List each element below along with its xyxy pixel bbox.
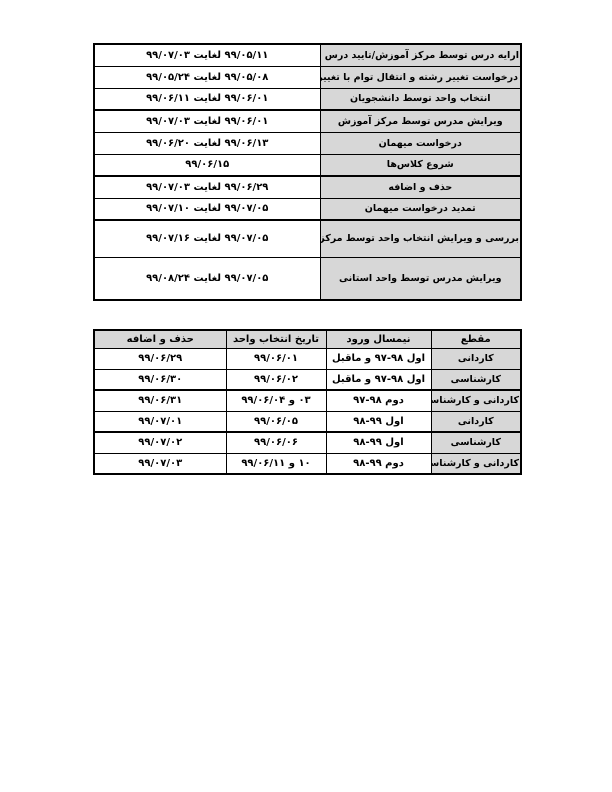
table-row: درخواست میهمان ۹۹/۰۶/۱۳ لغایت ۹۹/۰۶/۲۰: [94, 132, 521, 154]
add-drop-date-cell: ۹۹/۰۶/۳۱: [94, 390, 226, 411]
activity-label-cell: ارایه درس توسط مرکز آموزش/تایید درس توسط…: [320, 44, 521, 66]
date-range-cell: ۹۹/۰۷/۰۵ لغایت ۹۹/۰۸/۲۴: [94, 257, 320, 300]
header-degree-level: مقطع: [431, 330, 521, 348]
degree-level-cell: کارشناسی: [431, 432, 521, 453]
table-row: کارشناسی اول ۹۹-۹۸ ۹۹/۰۶/۰۶ ۹۹/۰۷/۰۲: [94, 432, 521, 453]
degree-level-cell: کاردانی: [431, 411, 521, 432]
table-row: بررسی و ویرایش انتخاب واحد توسط مرکز آمو…: [94, 220, 521, 257]
table-row: کاردانی و کارشناسی دوم ۹۹-۹۸ ۱۰ و ۹۹/۰۶/…: [94, 453, 521, 474]
activity-label-cell: انتخاب واحد توسط دانشجویان: [320, 88, 521, 110]
selection-date-cell: ۹۹/۰۶/۰۲: [226, 369, 326, 390]
degree-level-cell: کارشناسی: [431, 369, 521, 390]
table-row: ویرایش مدرس توسط واحد استانی ۹۹/۰۷/۰۵ لغ…: [94, 257, 521, 300]
add-drop-date-cell: ۹۹/۰۶/۲۹: [94, 348, 226, 369]
activity-label-cell: حذف و اضافه: [320, 176, 521, 198]
table-row: ویرایش مدرس توسط مرکز آموزش ۹۹/۰۶/۰۱ لغا…: [94, 110, 521, 132]
entry-semester-cell: اول ۹۹-۹۸: [326, 411, 431, 432]
table-row: کارشناسی اول ۹۸-۹۷ و ماقبل ۹۹/۰۶/۰۲ ۹۹/۰…: [94, 369, 521, 390]
add-drop-date-cell: ۹۹/۰۷/۰۲: [94, 432, 226, 453]
entry-semester-cell: اول ۹۸-۹۷ و ماقبل: [326, 369, 431, 390]
date-range-cell: ۹۹/۰۶/۰۱ لغایت ۹۹/۰۶/۱۱: [94, 88, 320, 110]
activity-label-cell: شروع کلاس‌ها: [320, 154, 521, 176]
table-row: حذف و اضافه ۹۹/۰۶/۲۹ لغایت ۹۹/۰۷/۰۳: [94, 176, 521, 198]
degree-level-cell: کاردانی: [431, 348, 521, 369]
degree-level-cell: کاردانی و کارشناسی: [431, 453, 521, 474]
table-row: درخواست تغییر رشته و انتقال توام با تغیی…: [94, 66, 521, 88]
degree-level-cell: کاردانی و کارشناسی: [431, 390, 521, 411]
table-row: کاردانی اول ۹۸-۹۷ و ماقبل ۹۹/۰۶/۰۱ ۹۹/۰۶…: [94, 348, 521, 369]
course-selection-schedule-table: مقطع نیمسال ورود تاریخ انتخاب واحد حذف و…: [93, 329, 522, 475]
entry-semester-cell: اول ۹۹-۹۸: [326, 432, 431, 453]
activity-label-cell: ویرایش مدرس توسط مرکز آموزش: [320, 110, 521, 132]
selection-date-cell: ۹۹/۰۶/۰۱: [226, 348, 326, 369]
table-row: کاردانی اول ۹۹-۹۸ ۹۹/۰۶/۰۵ ۹۹/۰۷/۰۱: [94, 411, 521, 432]
activity-label-cell: درخواست تغییر رشته و انتقال توام با تغیی…: [320, 66, 521, 88]
date-range-cell: ۹۹/۰۷/۰۵ لغایت ۹۹/۰۷/۱۰: [94, 198, 320, 220]
header-row: مقطع نیمسال ورود تاریخ انتخاب واحد حذف و…: [94, 330, 521, 348]
entry-semester-cell: دوم ۹۹-۹۸: [326, 453, 431, 474]
date-range-cell: ۹۹/۰۵/۰۸ لغایت ۹۹/۰۵/۲۴: [94, 66, 320, 88]
entry-semester-cell: دوم ۹۸-۹۷: [326, 390, 431, 411]
header-selection-date: تاریخ انتخاب واحد: [226, 330, 326, 348]
activity-label-cell: ویرایش مدرس توسط واحد استانی: [320, 257, 521, 300]
date-range-cell: ۹۹/۰۶/۰۱ لغایت ۹۹/۰۷/۰۳: [94, 110, 320, 132]
table-row: ارایه درس توسط مرکز آموزش/تایید درس توسط…: [94, 44, 521, 66]
activity-label-cell: تمدید درخواست میهمان: [320, 198, 521, 220]
table-row: انتخاب واحد توسط دانشجویان ۹۹/۰۶/۰۱ لغای…: [94, 88, 521, 110]
date-range-cell: ۹۹/۰۶/۲۹ لغایت ۹۹/۰۷/۰۳: [94, 176, 320, 198]
date-range-cell: ۹۹/۰۵/۱۱ لغایت ۹۹/۰۷/۰۳: [94, 44, 320, 66]
header-add-drop: حذف و اضافه: [94, 330, 226, 348]
selection-date-cell: ۹۹/۰۶/۰۶: [226, 432, 326, 453]
header-entry-semester: نیمسال ورود: [326, 330, 431, 348]
date-range-cell: ۹۹/۰۶/۱۵: [94, 154, 320, 176]
add-drop-date-cell: ۹۹/۰۷/۰۳: [94, 453, 226, 474]
activity-label-cell: بررسی و ویرایش انتخاب واحد توسط مرکز آمو…: [320, 220, 521, 257]
entry-semester-cell: اول ۹۸-۹۷ و ماقبل: [326, 348, 431, 369]
add-drop-date-cell: ۹۹/۰۷/۰۱: [94, 411, 226, 432]
table-row: تمدید درخواست میهمان ۹۹/۰۷/۰۵ لغایت ۹۹/۰…: [94, 198, 521, 220]
table-row: شروع کلاس‌ها ۹۹/۰۶/۱۵: [94, 154, 521, 176]
add-drop-date-cell: ۹۹/۰۶/۳۰: [94, 369, 226, 390]
activity-label-cell: درخواست میهمان: [320, 132, 521, 154]
document-page: ارایه درس توسط مرکز آموزش/تایید درس توسط…: [0, 0, 612, 792]
academic-calendar-table: ارایه درس توسط مرکز آموزش/تایید درس توسط…: [93, 43, 522, 301]
date-range-cell: ۹۹/۰۷/۰۵ لغایت ۹۹/۰۷/۱۶: [94, 220, 320, 257]
selection-date-cell: ۹۹/۰۶/۰۵: [226, 411, 326, 432]
table-row: کاردانی و کارشناسی دوم ۹۸-۹۷ ۰۳ و ۹۹/۰۶/…: [94, 390, 521, 411]
date-range-cell: ۹۹/۰۶/۱۳ لغایت ۹۹/۰۶/۲۰: [94, 132, 320, 154]
selection-date-cell: ۰۳ و ۹۹/۰۶/۰۴: [226, 390, 326, 411]
selection-date-cell: ۱۰ و ۹۹/۰۶/۱۱: [226, 453, 326, 474]
